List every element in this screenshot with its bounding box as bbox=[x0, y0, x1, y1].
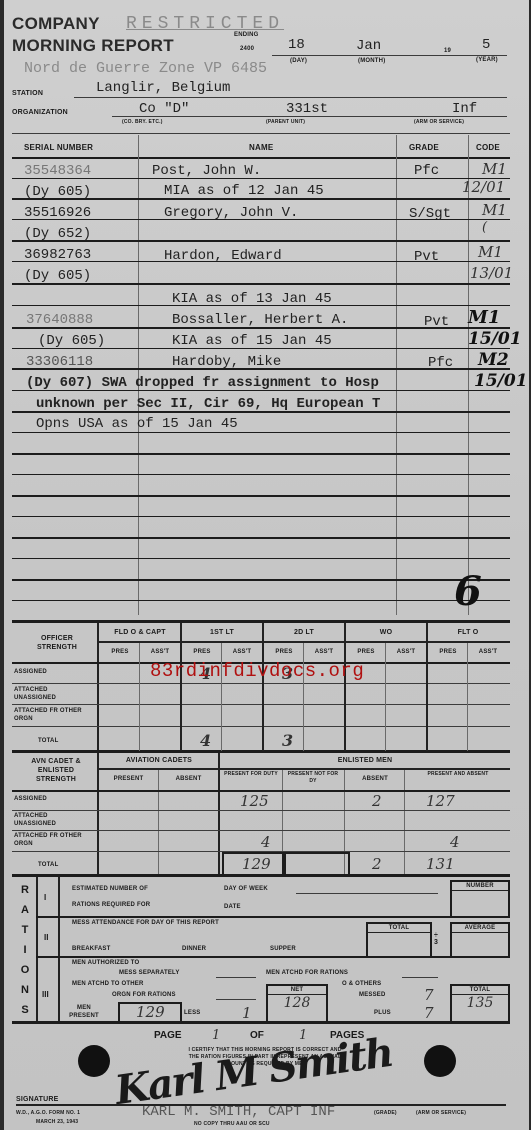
code: 12/01 bbox=[462, 178, 505, 196]
plus-value: 7 bbox=[424, 1004, 434, 1022]
soldier-name: Hardon, Edward bbox=[164, 248, 282, 264]
total-present-for-duty: 129 bbox=[242, 855, 271, 873]
plus-label: PLUS bbox=[374, 1010, 391, 1016]
regiment-value: 331st bbox=[286, 101, 328, 117]
month-sublabel: (MONTH) bbox=[358, 58, 385, 64]
roster-divider-3 bbox=[468, 135, 469, 615]
signature-label: SIGNATURE bbox=[16, 1096, 59, 1103]
code: 15/01 bbox=[474, 371, 528, 391]
net-value: 128 bbox=[268, 995, 326, 1011]
men-atchd-other-label2: ORGN FOR RATIONS bbox=[112, 992, 176, 998]
grade: Pvt bbox=[424, 314, 449, 330]
group-aviation-cadets: AVIATION CADETS bbox=[100, 757, 218, 764]
total-1st-lt-pres: 4 bbox=[200, 731, 211, 750]
col-code: CODE bbox=[476, 143, 500, 152]
row-label-attached-fr-other: ATTACHED FR OTHER ORGN bbox=[14, 707, 94, 723]
roster-top-border bbox=[12, 133, 510, 134]
duty-code: (Dy 605) bbox=[38, 333, 105, 349]
net-box: NET 128 bbox=[266, 984, 328, 1024]
group-enlisted-men: ENLISTED MEN bbox=[220, 757, 510, 764]
others-messed-value: 7 bbox=[424, 986, 434, 1004]
subcol-asst: ASS'T bbox=[224, 649, 260, 655]
row-label-attached-unassigned: ATTACHED UNASSIGNED bbox=[14, 686, 89, 702]
col-cadet-absent: ABSENT bbox=[159, 776, 218, 782]
mess-total-box: TOTAL bbox=[366, 922, 432, 958]
officer-group-2d-lt: 2D LT bbox=[264, 629, 344, 636]
col-present-for-duty: PRESENT FOR DUTY bbox=[222, 771, 280, 778]
officer-group-flt-o: FLT O bbox=[428, 629, 508, 636]
ration-total-value: 135 bbox=[452, 995, 508, 1011]
station-underline bbox=[74, 97, 507, 98]
est-rations-label2: RATIONS REQUIRED FOR bbox=[72, 902, 150, 908]
rations-side-label: R A T I O N S bbox=[18, 880, 32, 1020]
assigned-present-for-duty: 125 bbox=[240, 792, 269, 810]
men-authorized-label1: MEN AUTHORIZED TO bbox=[72, 960, 139, 966]
soldier-name: Post, John W. bbox=[152, 163, 261, 179]
morning-report-form: COMPANY MORNING REPORT RESTRICTED ENDING… bbox=[4, 0, 529, 1130]
average-box: AVERAGE bbox=[450, 922, 510, 958]
subcol-asst: ASS'T bbox=[470, 649, 506, 655]
regiment-sublabel: (PARENT UNIT) bbox=[266, 119, 305, 125]
soldier-name: Bossaller, Herbert A. bbox=[172, 312, 348, 328]
roster-divider-2 bbox=[396, 135, 397, 615]
code: ( bbox=[482, 220, 487, 235]
total-present-and-absent: 131 bbox=[426, 855, 455, 873]
subcol-asst: ASS'T bbox=[388, 649, 424, 655]
serial-number: 36982763 bbox=[24, 247, 91, 263]
arm-value: Inf bbox=[452, 101, 477, 117]
col-present-not-for-dy: PRESENT NOT FOR DY bbox=[284, 771, 342, 785]
page-number: 1 bbox=[212, 1028, 220, 1043]
serial-number: 37640888 bbox=[26, 312, 93, 328]
day-sublabel: (DAY) bbox=[290, 58, 307, 64]
form-title-line1: COMPANY bbox=[12, 14, 100, 34]
subcol-pres: PRES bbox=[102, 649, 138, 655]
ration-total-box: TOTAL 135 bbox=[450, 984, 510, 1024]
grade: S/Sgt bbox=[409, 206, 451, 222]
soldier-name: Gregory, John V. bbox=[164, 205, 298, 221]
of-label: OF bbox=[250, 1030, 264, 1041]
code: M2 bbox=[478, 350, 509, 370]
status-note: Opns USA as of 15 Jan 45 bbox=[36, 416, 238, 432]
copy-note: NO COPY THRU AAU OR SCU bbox=[194, 1121, 270, 1127]
subcol-pres: PRES bbox=[348, 649, 384, 655]
restricted-stamp: RESTRICTED bbox=[126, 14, 284, 34]
mess-attendance-label: MESS ATTENDANCE FOR DAY OF THIS REPORT bbox=[72, 920, 219, 926]
status-note: KIA as of 13 Jan 45 bbox=[172, 291, 332, 307]
code: M1 bbox=[482, 160, 507, 178]
station-value: Langlir, Belgium bbox=[96, 80, 230, 96]
grade-sublabel: (GRADE) bbox=[374, 1110, 397, 1116]
page-label: PAGE bbox=[154, 1030, 182, 1041]
code: M1 bbox=[482, 201, 507, 219]
dinner-label: DINNER bbox=[182, 946, 206, 952]
less-value: 1 bbox=[242, 1004, 252, 1022]
status-note: (Dy 607) SWA dropped fr assignment to Ho… bbox=[26, 375, 379, 391]
date-underline bbox=[272, 55, 507, 56]
serial-number: 35516926 bbox=[24, 205, 91, 221]
officer-group-1st-lt: 1ST LT bbox=[182, 629, 262, 636]
company-value: Co "D" bbox=[139, 101, 189, 117]
col-name: NAME bbox=[249, 143, 273, 152]
attached-present-for-duty: 4 bbox=[261, 833, 271, 851]
year-label: 19 bbox=[444, 48, 451, 54]
total-absent: 2 bbox=[372, 855, 382, 873]
subcol-asst: ASS'T bbox=[142, 649, 178, 655]
code: M1 bbox=[478, 243, 503, 261]
company-sublabel: (CO. BRY. ETC.) bbox=[122, 119, 163, 125]
row-label-total: TOTAL bbox=[38, 862, 58, 868]
grade: Pfc bbox=[414, 163, 439, 179]
signer-name: KARL M. SMITH, CAPT INF bbox=[142, 1104, 335, 1120]
code: M1 bbox=[468, 307, 500, 328]
form-title-line2: MORNING REPORT bbox=[12, 36, 174, 56]
code: 13/01 bbox=[470, 264, 513, 282]
supper-label: SUPPER bbox=[270, 946, 296, 952]
row-label-attached-fr-other: ATTACHED FR OTHER ORGN bbox=[14, 832, 94, 848]
less-label: LESS bbox=[184, 1010, 200, 1016]
breakfast-label: BREAKFAST bbox=[72, 946, 110, 952]
code: 15/01 bbox=[468, 329, 522, 349]
status-note: unknown per Sec II, Cir 69, Hq European … bbox=[36, 396, 380, 412]
row-label-total: TOTAL bbox=[38, 738, 58, 744]
assigned-present-and-absent: 127 bbox=[426, 792, 455, 810]
divide-by-three: ÷ 3 bbox=[434, 932, 444, 946]
day-of-week-label: DAY OF WEEK bbox=[224, 886, 268, 892]
officer-group-wo: WO bbox=[346, 629, 426, 636]
number-box: NUMBER bbox=[450, 880, 510, 918]
status-note: MIA as of 12 Jan 45 bbox=[164, 183, 324, 199]
line-count-mark: 6 bbox=[454, 568, 482, 615]
signature-script: Karl M Smith bbox=[112, 1029, 395, 1114]
location-note: Nord de Guerre Zone VP 6485 bbox=[24, 60, 267, 77]
watermark: 83rdinfdivdocs.org bbox=[150, 660, 364, 682]
status-note: KIA as of 15 Jan 45 bbox=[172, 333, 332, 349]
section-ii-numeral: II bbox=[44, 933, 48, 942]
arm-sublabel: (ARM OR SERVICE) bbox=[416, 1110, 466, 1116]
form-number: W.D., A.G.O. FORM NO. 1 bbox=[16, 1110, 80, 1116]
punch-hole-right bbox=[424, 1045, 456, 1077]
subcol-pres: PRES bbox=[184, 649, 220, 655]
year-sublabel: (YEAR) bbox=[476, 57, 498, 63]
subcol-asst: ASS'T bbox=[306, 649, 342, 655]
soldier-name: Hardoby, Mike bbox=[172, 354, 281, 370]
officer-strength-title: OFFICER STRENGTH bbox=[22, 634, 92, 652]
organization-label: ORGANIZATION bbox=[12, 109, 68, 116]
duty-code: (Dy 652) bbox=[24, 226, 91, 242]
men-present-value: 129 bbox=[136, 1003, 165, 1021]
duty-code: (Dy 605) bbox=[24, 184, 91, 200]
date-label: DATE bbox=[224, 904, 241, 910]
section-iii-numeral: III bbox=[42, 990, 49, 999]
subcol-pres: PRES bbox=[266, 649, 302, 655]
col-serial-number: SERIAL NUMBER bbox=[24, 143, 93, 152]
duty-code: (Dy 605) bbox=[24, 268, 91, 284]
men-atchd-other-label1: MEN ATCHD TO OTHER bbox=[72, 981, 144, 987]
men-present-label: MEN PRESENT bbox=[66, 1004, 102, 1020]
time-label: 2400 bbox=[240, 46, 254, 52]
row-label-assigned: ASSIGNED bbox=[14, 669, 47, 675]
grade: Pvt bbox=[414, 249, 439, 265]
attached-present-and-absent: 4 bbox=[450, 833, 460, 851]
serial-number: 33306118 bbox=[26, 354, 93, 370]
roster-header-border bbox=[12, 157, 510, 159]
punch-hole-left bbox=[78, 1045, 110, 1077]
report-year: 5 bbox=[482, 37, 490, 53]
est-rations-label1: ESTIMATED NUMBER OF bbox=[72, 886, 148, 892]
men-authorized-label2: MESS SEPARATELY bbox=[119, 970, 180, 976]
total-2d-lt-pres: 3 bbox=[282, 731, 293, 750]
subcol-pres: PRES bbox=[430, 649, 466, 655]
report-day: 18 bbox=[288, 37, 305, 53]
officer-group-fld-o-capt: FLD O & CAPT bbox=[100, 629, 180, 636]
arm-sublabel: (ARM OR SERVICE) bbox=[414, 119, 464, 125]
men-atchd-rations-label: MEN ATCHD FOR RATIONS bbox=[266, 970, 348, 976]
row-label-assigned: ASSIGNED bbox=[14, 796, 47, 802]
col-present-and-absent: PRESENT AND ABSENT bbox=[408, 771, 508, 778]
col-grade: GRADE bbox=[409, 143, 439, 152]
others-messed-label1: O & OTHERS bbox=[342, 981, 381, 987]
report-month: Jan bbox=[356, 38, 381, 54]
enlisted-strength-title: AVN CADET & ENLISTED STRENGTH bbox=[18, 757, 94, 784]
col-cadet-present: PRESENT bbox=[99, 776, 158, 782]
section-i-numeral: I bbox=[44, 893, 46, 902]
station-label: STATION bbox=[12, 90, 43, 97]
assigned-absent: 2 bbox=[372, 792, 382, 810]
grade: Pfc bbox=[428, 355, 453, 371]
form-date: MARCH 23, 1943 bbox=[36, 1119, 78, 1125]
others-messed-label2: MESSED bbox=[359, 992, 386, 998]
col-absent: ABSENT bbox=[346, 776, 404, 782]
serial-number: 35548364 bbox=[24, 163, 91, 179]
total-pnfd-box bbox=[284, 852, 350, 876]
ending-label: ENDING bbox=[234, 32, 259, 38]
row-label-attached-unassigned: ATTACHED UNASSIGNED bbox=[14, 812, 89, 828]
